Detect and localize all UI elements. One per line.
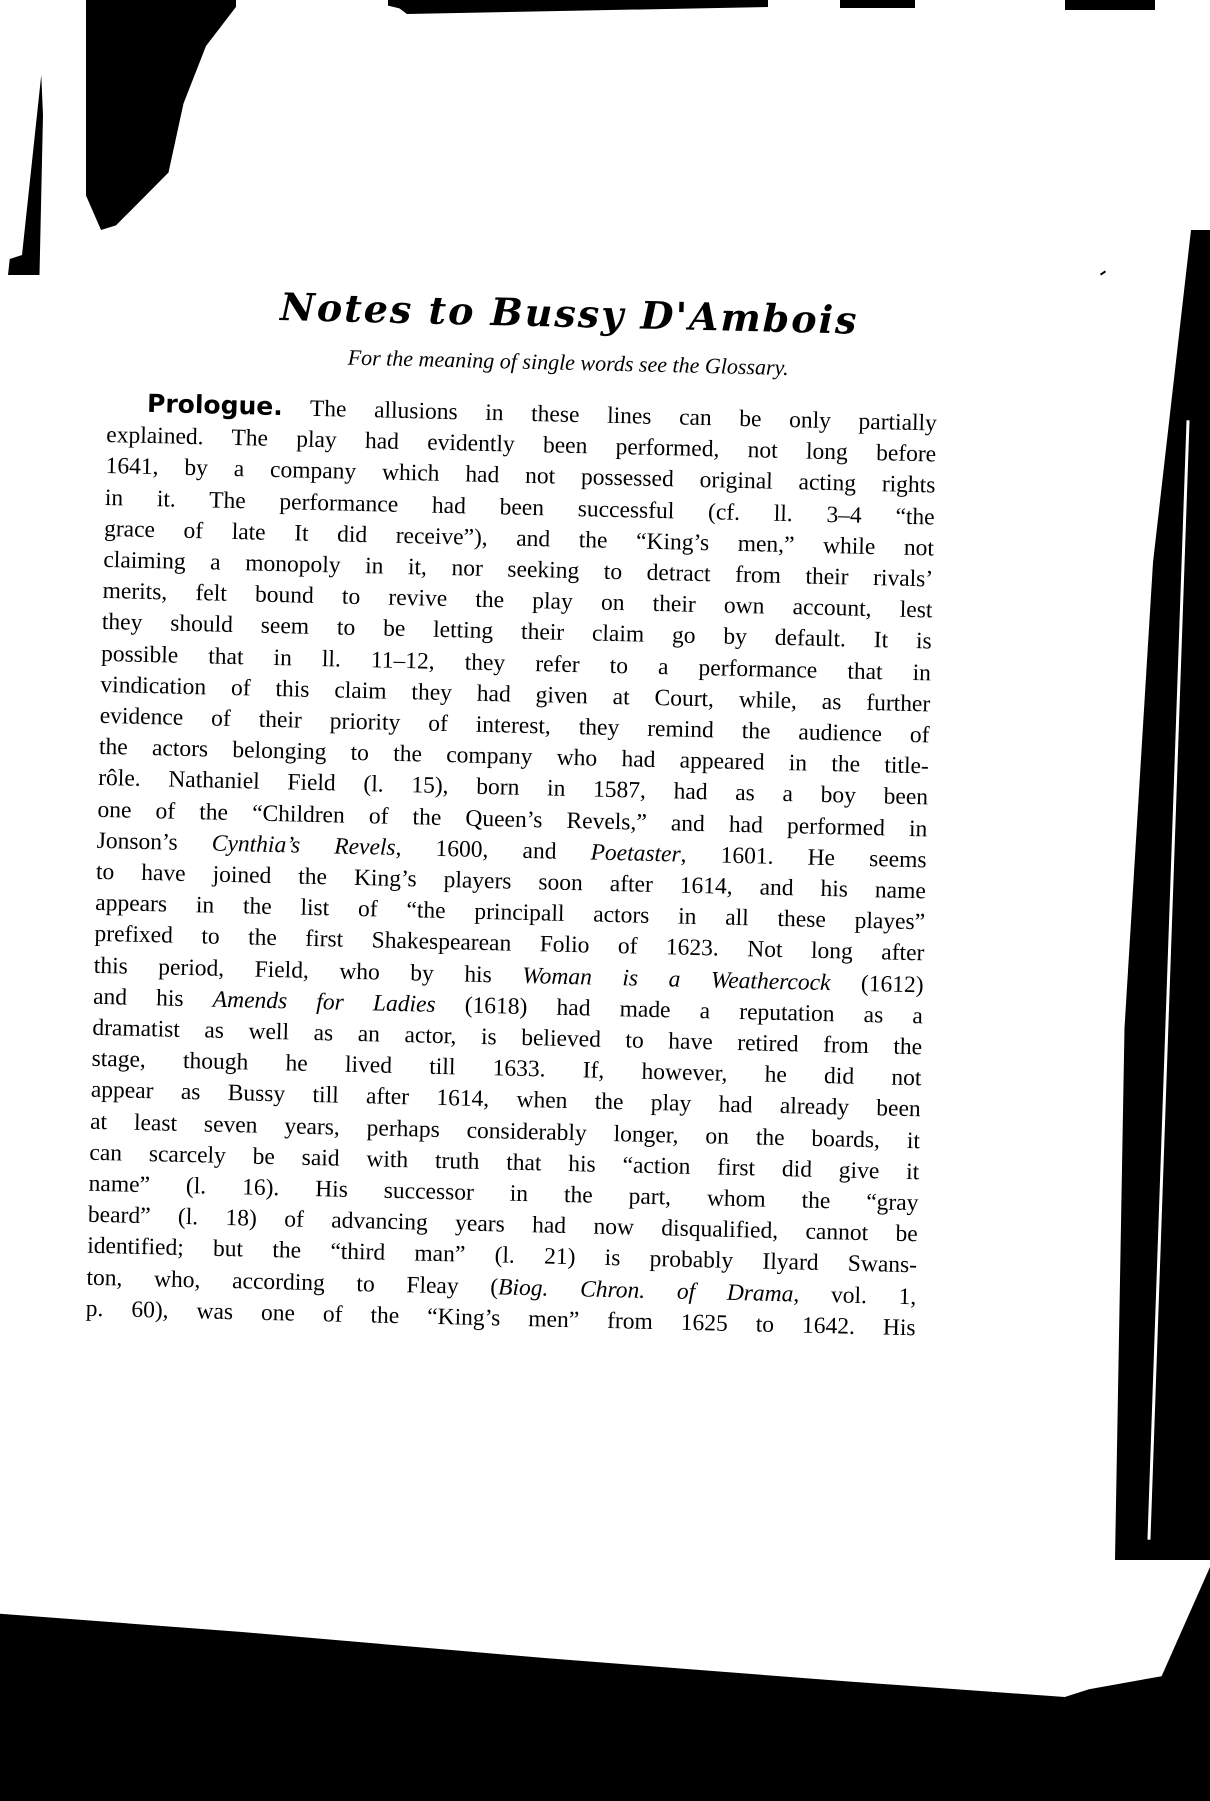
scan-shadow-top — [388, 0, 768, 14]
book-page: Notes to Bussy D'Ambois For the meaning … — [85, 280, 939, 1344]
work-title: Woman is a Weathercock — [522, 963, 831, 996]
page-subtitle: For the meaning of single words see the … — [198, 341, 938, 384]
page-stack-right-edge — [1115, 230, 1210, 1560]
section-heading: Prologue. — [147, 389, 283, 421]
work-title: Cynthia’s Revels — [212, 830, 396, 860]
page-title: Notes to Bussy D'Ambois — [199, 282, 940, 344]
scan-shadow-top — [1065, 0, 1155, 10]
scan-shadow-top-left — [86, 0, 236, 230]
scan-shadow-top — [840, 0, 915, 8]
work-title: Poetaster — [590, 839, 681, 867]
scan-shadow-left-edge — [8, 75, 43, 275]
notes-body: Prologue. The allusions in these lines c… — [85, 387, 937, 1344]
work-title: Amends for Ladies — [212, 986, 435, 1017]
scan-shadow-bottom — [0, 1541, 1210, 1801]
work-title: Biog. Chron. of Drama — [498, 1274, 794, 1307]
scan-speck — [1100, 270, 1106, 275]
